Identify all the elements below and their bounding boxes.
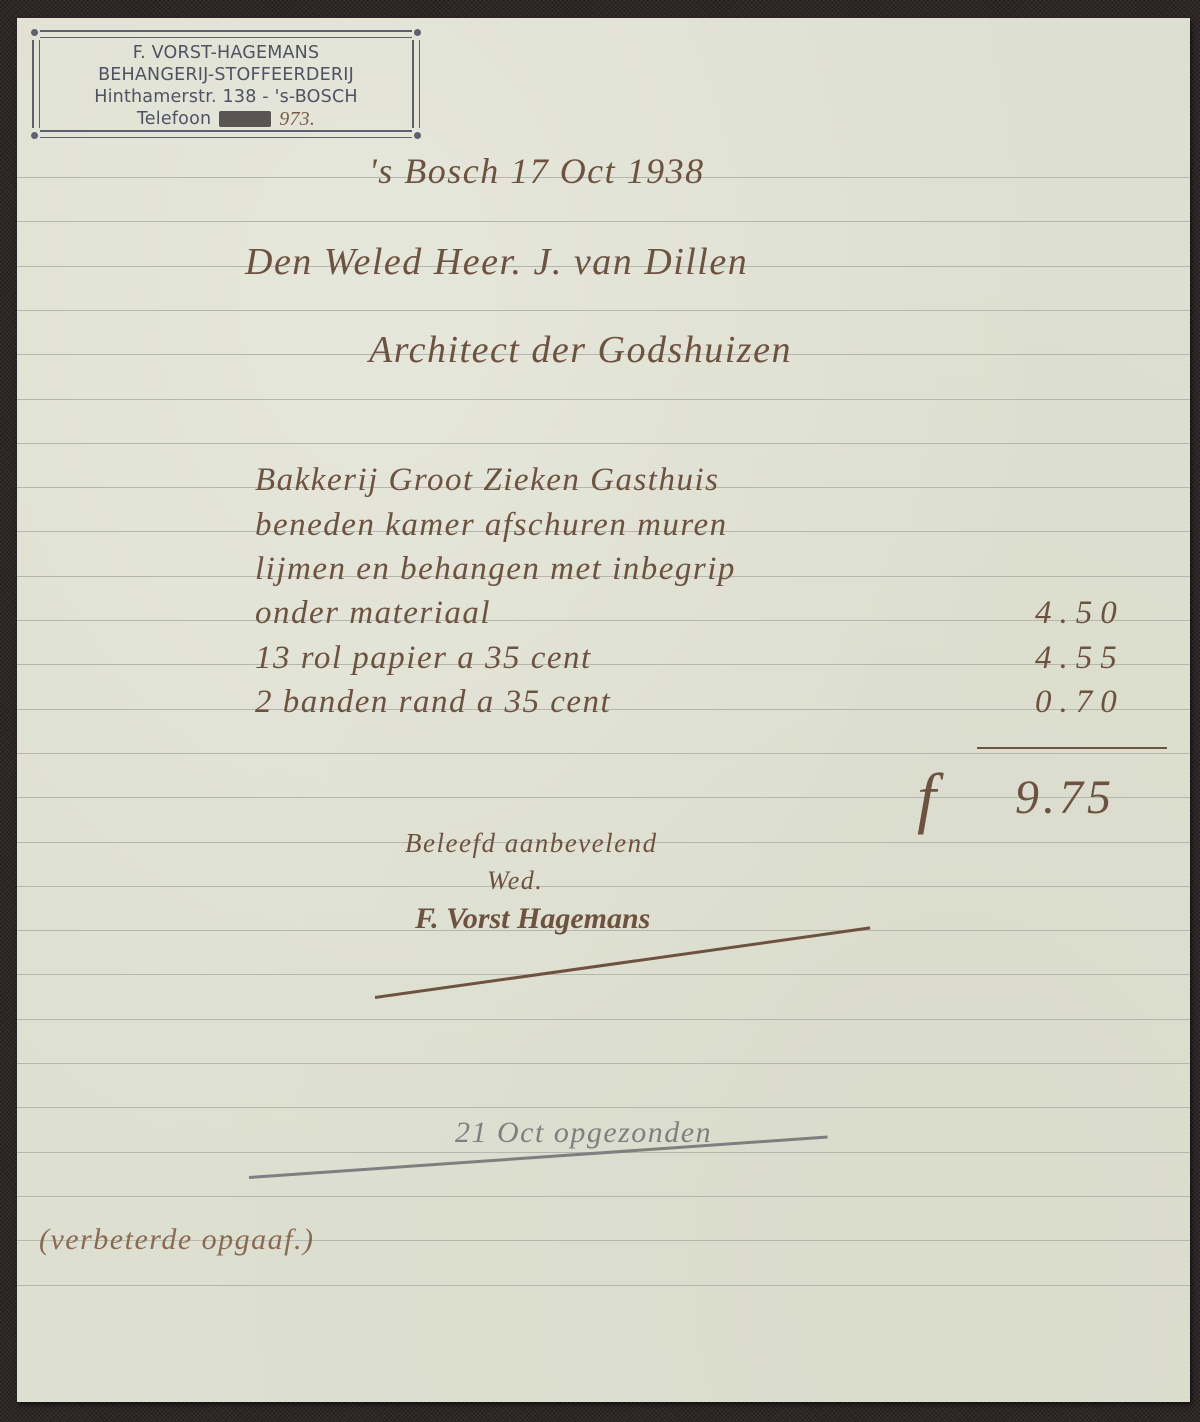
description-line: Bakkerij Groot Zieken Gasthuis (255, 462, 719, 499)
signature-flourish (375, 926, 871, 999)
item-description: 13 rol papier a 35 cent (255, 640, 592, 677)
item-description: onder materiaal (255, 595, 491, 632)
place-date: 's Bosch 17 Oct 1938 (369, 150, 705, 192)
ruled-line (17, 399, 1190, 400)
addressee-title: Architect der Godshuizen (369, 328, 792, 372)
description-line: lijmen en behangen met inbegrip (255, 551, 736, 588)
ruled-line (17, 310, 1190, 311)
ruled-line (17, 1019, 1190, 1020)
stamp-corner-dot (31, 29, 38, 36)
item-description: 2 banden rand a 35 cent (255, 684, 611, 721)
phone-label: Telefoon (137, 108, 211, 130)
pencil-note: 21 Oct opgezonden (455, 1116, 712, 1150)
stamp-border (40, 130, 412, 138)
stamp-corner-dot (31, 132, 38, 139)
stamp-border (40, 30, 412, 38)
addressee-name: Den Weled Heer. J. van Dillen (245, 240, 748, 284)
stamp-corner-dot (414, 29, 421, 36)
item-amount: 0.70 (1035, 684, 1125, 721)
stamp-corner-dot (414, 132, 421, 139)
ruled-line (17, 1107, 1190, 1108)
total-underline (977, 747, 1167, 749)
redacted-phone (219, 111, 271, 127)
total-amount: 9.75 (1015, 770, 1115, 825)
ruled-line (17, 221, 1190, 222)
company-address: Hinthamerstr. 138 - 's-BOSCH (48, 86, 404, 108)
letterhead-stamp: F. VORST-HAGEMANS BEHANGERIJ-STOFFEERDER… (30, 26, 422, 140)
item-amount: 4.55 (1035, 640, 1125, 677)
ruled-line (17, 443, 1190, 444)
signature: F. Vorst Hagemans (415, 902, 650, 936)
description-line: beneden kamer afschuren muren (255, 507, 728, 544)
ruled-line (17, 1285, 1190, 1286)
phone-number: 973. (279, 108, 315, 130)
stamp-border (412, 40, 420, 128)
ruled-line (17, 1196, 1190, 1197)
company-name: F. VORST-HAGEMANS (48, 42, 404, 64)
ruled-line (17, 1063, 1190, 1064)
closing-title: Wed. (487, 866, 543, 896)
ruled-line (17, 886, 1190, 887)
invoice-paper: F. VORST-HAGEMANS BEHANGERIJ-STOFFEERDER… (17, 18, 1190, 1402)
currency-symbol: f (917, 758, 936, 837)
ruled-line (17, 753, 1190, 754)
ruled-line (17, 620, 1190, 621)
item-amount: 4.50 (1035, 595, 1125, 632)
correction-note: (verbeterde opgaaf.) (39, 1223, 314, 1257)
closing-greeting: Beleefd aanbevelend (405, 828, 658, 859)
ruled-line (17, 974, 1190, 975)
company-trade: BEHANGERIJ-STOFFEERDERIJ (48, 64, 404, 86)
ruled-line (17, 664, 1190, 665)
stamp-border (32, 40, 40, 128)
